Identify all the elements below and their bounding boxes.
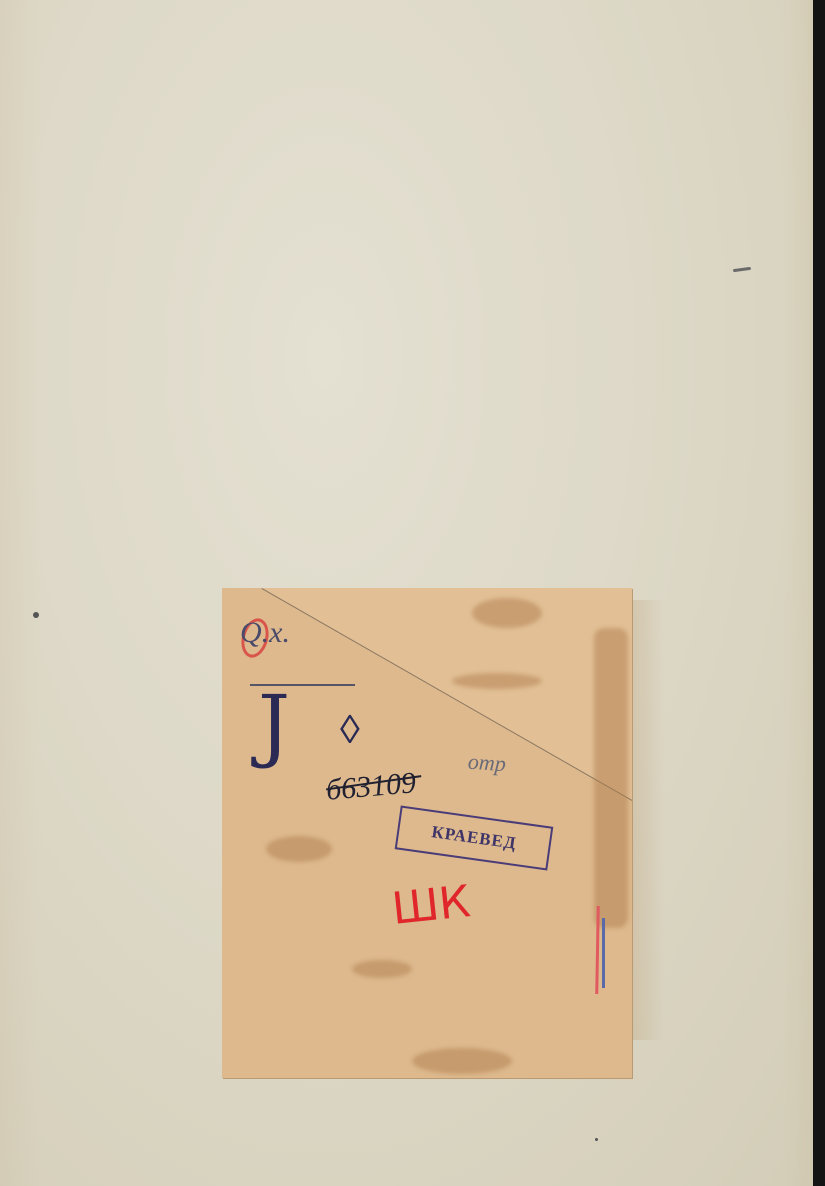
stain bbox=[594, 628, 628, 928]
library-card-pocket: Q.x. J ◊ б63109 отр КРАЕВЕД ШК bbox=[222, 588, 632, 1078]
pencil-note: отр bbox=[467, 749, 507, 778]
speck bbox=[33, 612, 39, 618]
stain bbox=[266, 836, 332, 862]
stain bbox=[352, 960, 412, 978]
stain bbox=[452, 673, 542, 689]
red-handwritten-mark: ШК bbox=[390, 876, 473, 935]
stain bbox=[472, 598, 542, 628]
handwritten-letter: J bbox=[258, 678, 290, 771]
stamp-text: КРАЕВЕД bbox=[430, 822, 517, 854]
scan-edge-band bbox=[813, 0, 825, 1186]
speck bbox=[595, 1138, 598, 1141]
stain bbox=[412, 1048, 512, 1074]
handwritten-code: Q.x. bbox=[240, 616, 290, 650]
handwritten-symbol: ◊ bbox=[340, 706, 360, 753]
blue-pencil-stripe bbox=[602, 918, 605, 988]
glue-stain bbox=[630, 600, 665, 1040]
